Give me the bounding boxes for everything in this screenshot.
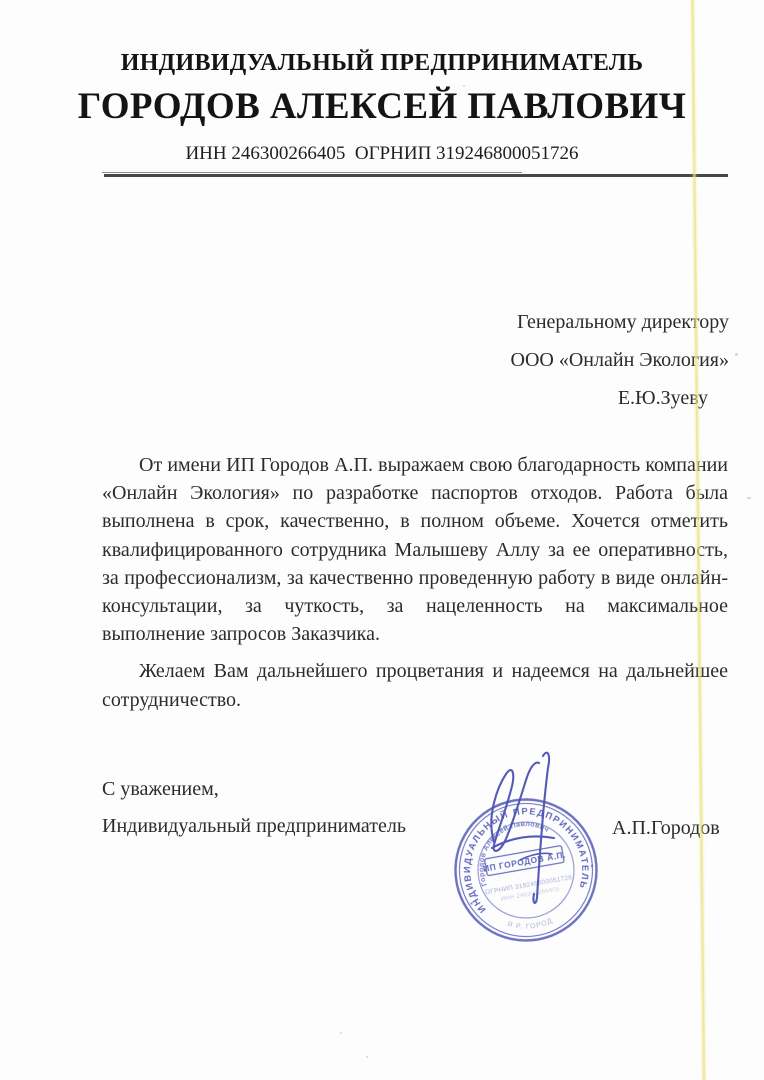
- letterhead-org-type: ИНДИВИДУАЛЬНЫЙ ПРЕДПРИНИМАТЕЛЬ: [0, 50, 764, 77]
- scan-speck: [340, 1032, 342, 1034]
- recipient-company: ООО «Онлайн Экология»: [511, 341, 729, 379]
- recipient-block: Генеральному директору ООО «Онлайн Эколо…: [511, 303, 729, 417]
- scan-speck: [747, 497, 751, 499]
- closing-salutation: С уважением,: [102, 778, 219, 801]
- body-paragraph-gratitude: От имени ИП Городов А.П. выражаем свою б…: [102, 451, 728, 648]
- signer-name: А.П.Городов: [612, 817, 720, 840]
- scan-speck: [366, 1056, 368, 1058]
- signer-title: Индивидуальный предприниматель: [102, 815, 406, 838]
- body-paragraph-wishes: Желаем Вам дальнейшего процветания и над…: [102, 657, 728, 713]
- stamp-center-text: ИП ГОРОДОВ А.П.: [482, 849, 566, 873]
- company-stamp: ИНДИВИДУАЛЬНЫЙ ПРЕДПРИНИМАТЕЛЬ Городов А…: [436, 746, 626, 958]
- letterhead-divider: [104, 174, 728, 177]
- scan-speck: [735, 353, 738, 356]
- letterhead-requisites: ИНН 246300266405 ОГРНИП 319246800051726: [0, 143, 764, 165]
- recipient-person: Е.Ю.Зуеву: [511, 379, 729, 417]
- letter-body: От имени ИП Городов А.П. выражаем свою б…: [102, 451, 728, 714]
- recipient-position: Генеральному директору: [511, 303, 729, 341]
- scan-speck: [463, 85, 465, 87]
- svg-text:Городов Алексей Павлович: Городов Алексей Павлович: [469, 814, 560, 888]
- stamp-owner-arc-text: Городов Алексей Павлович: [469, 814, 560, 888]
- stamp-star-right-icon: *: [590, 863, 595, 872]
- letterhead-name: ГОРОДОВ АЛЕКСЕЙ ПАВЛОВИЧ: [0, 85, 764, 128]
- scanned-letter-page: ИНДИВИДУАЛЬНЫЙ ПРЕДПРИНИМАТЕЛЬ ГОРОДОВ А…: [0, 0, 764, 1080]
